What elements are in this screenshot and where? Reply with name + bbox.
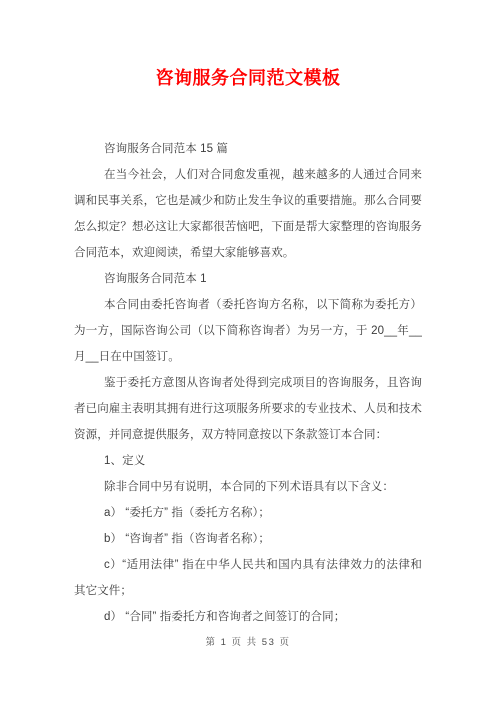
paragraph-line: 在当今社会，人们对合同愈发重视，越来越多的人通过合同来 <box>74 162 422 188</box>
paragraph-line: 咨询服务合同范本 15 篇 <box>74 136 422 162</box>
paragraph-line: b） “咨询者” 指（咨询者名称）； <box>74 526 422 552</box>
paragraph-line: d） “合同” 指委托方和咨询者之间签订的合同； <box>74 604 422 630</box>
paragraph-line: 为一方，国际咨询公司（以下简称咨询者）为另一方，于 20__年__ <box>74 318 422 344</box>
paragraph-line: 本合同由委托咨询者（委托咨询方名称，以下简称为委托方） <box>74 292 422 318</box>
paragraph-line: 除非合同中另有说明，本合同的下列术语具有以下含义： <box>74 474 422 500</box>
paragraph-line: 调和民事关系，它也是减少和防止发生争议的重要措施。那么合同要 <box>74 188 422 214</box>
document-body: 咨询服务合同范本 15 篇在当今社会，人们对合同愈发重视，越来越多的人通过合同来… <box>74 136 422 630</box>
paragraph-line: 者已向雇主表明其拥有进行这项服务所要求的专业技术、人员和技术 <box>74 396 422 422</box>
paragraph-line: 其它文件； <box>74 578 422 604</box>
paragraph-line: c）“适用法律” 指在中华人民共和国内具有法律效力的法律和 <box>74 552 422 578</box>
paragraph-line: 资源，并同意提供服务，双方特同意按以下条款签订本合同： <box>74 422 422 448</box>
paragraph-line: 合同范本，欢迎阅读，希望大家能够喜欢。 <box>74 240 422 266</box>
document-page: 咨询服务合同范文模板 咨询服务合同范本 15 篇在当今社会，人们对合同愈发重视，… <box>0 0 496 702</box>
paragraph-line: a） “委托方” 指（委托方名称）； <box>74 500 422 526</box>
document-title: 咨询服务合同范文模板 <box>0 65 496 91</box>
paragraph-line: 1、定义 <box>74 448 422 474</box>
page-number-footer: 第 1 页 共 53 页 <box>0 636 496 650</box>
paragraph-line: 咨询服务合同范本 1 <box>74 266 422 292</box>
paragraph-line: 月__日在中国签订。 <box>74 344 422 370</box>
paragraph-line: 鉴于委托方意图从咨询者处得到完成项目的咨询服务，且咨询 <box>74 370 422 396</box>
paragraph-line: 怎么拟定？想必这让大家都很苦恼吧，下面是帮大家整理的咨询服务 <box>74 214 422 240</box>
